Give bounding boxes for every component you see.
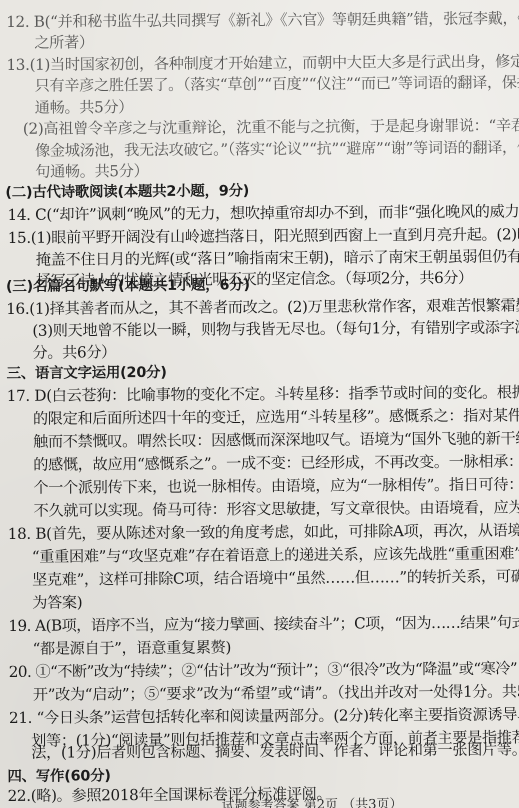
answer-line: 只有辛彦之胜任罢了。（落实“草创”“百度”“仪注”“而已”等词语的翻译，保持语句 — [35, 72, 519, 96]
answer-line: 21. “今日头条”运营包括转化率和阅读量两部分。(2分)转化率主要指资源诱导、… — [9, 704, 519, 728]
answer-line: 句通畅。共5分） — [35, 161, 148, 182]
answer-line: 之所著） — [34, 32, 93, 52]
answer-line: 为答案) — [32, 592, 82, 612]
answer-line: 17. D(白云苍狗：比喻事物的变化不定。斗转星移：指季节或时间的变化。根据句中… — [7, 382, 519, 406]
answer-line: (2)高祖曾令辛彦之与沈重辩论，沈重不能与之抗衡，于是起身谢罪说：“辛君的学识就 — [23, 115, 519, 139]
page-footer: ……试题参考答案 第2页 （共3页） — [196, 797, 403, 808]
answer-line: 13.(1)当时国家初创，各种制度才开始建立，而朝中大臣大多是行武出身，修定礼仪… — [6, 51, 519, 75]
section-heading-poetry: (二)古代诗歌阅读(本题共2小题，9分) — [5, 181, 249, 203]
answer-key-page: 12. B(“并和秘书监牛弘共同撰写《新礼》《六官》等朝廷典籍”错，张冠李戴，《… — [0, 0, 519, 808]
answer-line: 18. B(首先，要从陈述对象一致的角度考虑，如此，可排除A项，再次，从语境内容… — [8, 520, 519, 544]
answer-line: “重重困难”与“攻坚克难”存在着语意上的递进关系，应该先战胜“重重困难”，再“攻 — [32, 543, 519, 567]
answer-line: 16.(1)择其善者而从之，其不善者而改之。(2)万里悲秋常作客，艰难苦恨繁霜鬓… — [6, 295, 519, 319]
answer-line: 15.(1)眼前平野开阔没有山岭遮挡落日，阳光照到西窗上一直到月亮升起。(2)晚… — [8, 224, 519, 248]
answer-line: 19. A(B项，语序不当，应为“接力擘画、接续奋斗”；C项，“因为……结果”句… — [8, 612, 519, 636]
answer-line: 触而不禁慨叹。喟然长叹：因感慨而深深地叹气。语境为“国外飞驰的新干线”所引发 — [33, 428, 519, 452]
answer-line: 14. C(“却许”讽刺“晚风”的无力，想吹掉重帘却办不到，而非“强化晚风的威力… — [7, 201, 519, 225]
answer-line: 分。共6分） — [32, 342, 116, 363]
answer-line: 不久就可以实现。倚马可待：形容文思敏捷，写文章很快。由语境看，应为“指日可待”) — [33, 497, 519, 521]
answer-line: 抒写了诗人的忧愤之情和光明不灭的坚定信念。（每项2分，共6分） — [36, 268, 473, 291]
answer-line: 坚克难”，这样可排除C项，结合语境中“虽然……但……”的转折关系，可确定B项 — [32, 566, 519, 590]
answer-line: “都是源自于”，语意重复累赘) — [32, 637, 231, 658]
answer-line: 个一个派别传下来，也说一脉相传。由语境，应为“一脉相传”。指日可待：(事情希望) — [33, 474, 519, 498]
answer-line: 通畅。共5分） — [35, 97, 133, 118]
answer-line: (3)则天地曾不能以一瞬，则物与我皆无尽也。（每句1分，有错别字或添字漏字不得 — [32, 317, 519, 341]
answer-line: 掩盖不住日月的光辉(或“落日”喻指南宋王朝)，暗示了南宋王朝虽弱但仍有希望。(3… — [36, 246, 519, 270]
answer-line: 的感慨，故应用“感慨系之”。一成不变：已经形成，不再改变。一脉相承：由一个血统一 — [33, 451, 519, 475]
answer-line: 的限定和后面所述四十年的变迁，应选用“斗转星移”。感慨系之：指对某件事有所感 — [33, 405, 519, 429]
section-heading-language-use: 三、语言文字运用(20分) — [7, 363, 167, 384]
answer-line: 像金城汤池，我无法攻破它。”（落实“论议”“抗”“避席”“谢”等词语的翻译，保持… — [35, 137, 519, 161]
answer-line: 开”改为“启动”；⑤“要求”改为“希望”或“请”。（找出并改对一处得1分。共5分… — [33, 681, 519, 705]
answer-line: 20. ①“不断”改为“持续”；②“估计”改为“预计”；③“很冷”改为“降温”或… — [9, 658, 519, 682]
answer-line: 12. B(“并和秘书监牛弘共同撰写《新礼》《六官》等朝廷典籍”错，张冠李戴，《… — [6, 8, 519, 32]
